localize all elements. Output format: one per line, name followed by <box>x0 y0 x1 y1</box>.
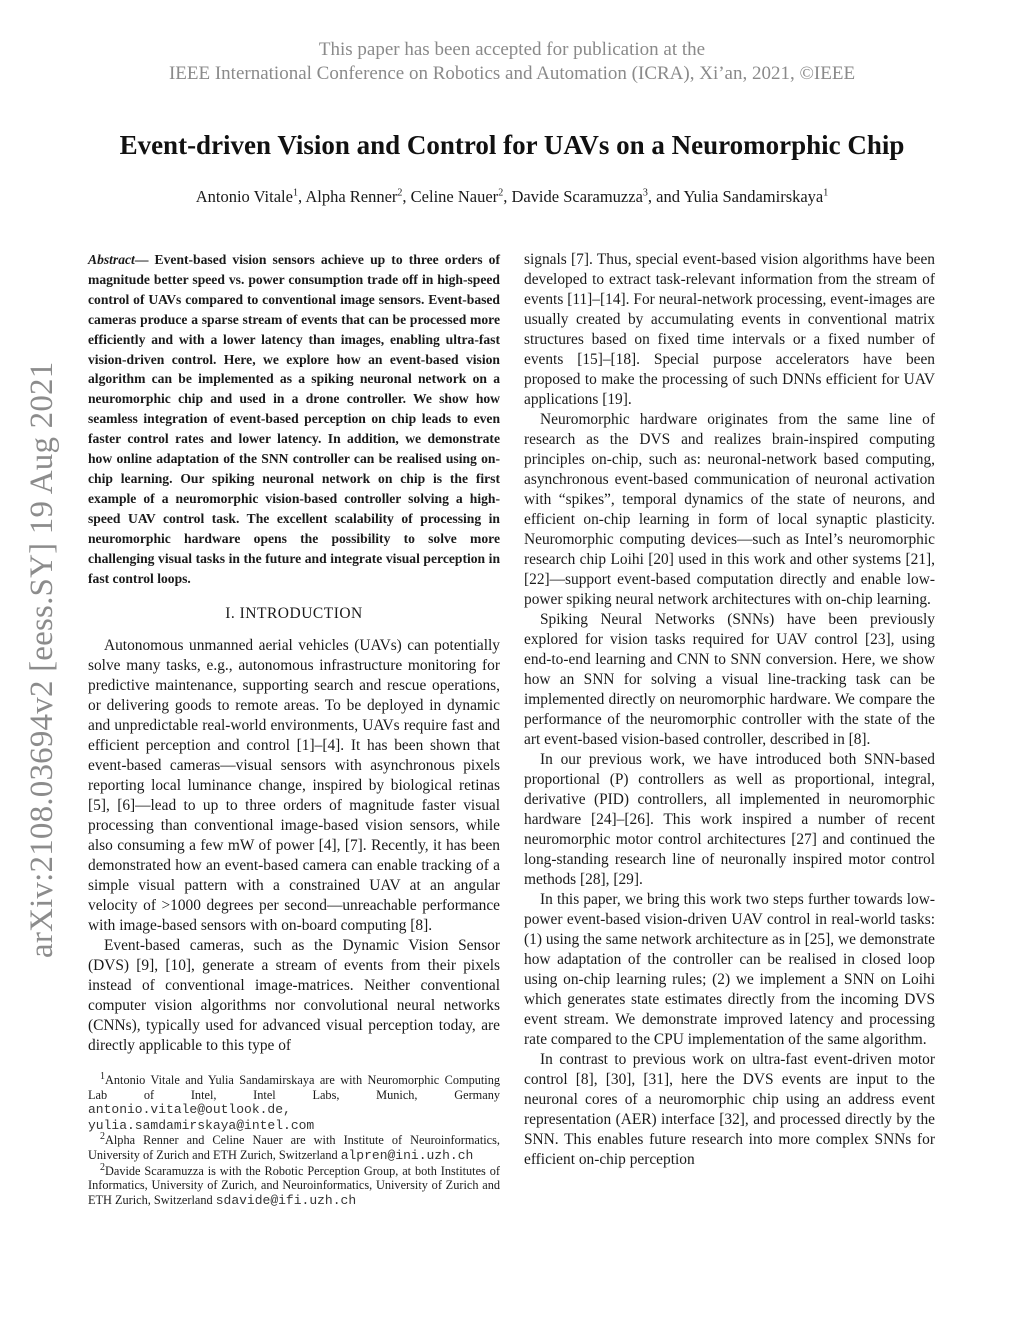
affiliation-footnotes: 1Antonio Vitale and Yulia Sandamirskaya … <box>88 1073 500 1208</box>
email-link[interactable]: alpren@ini.uzh.ch <box>341 1148 474 1163</box>
paper-title: Event-driven Vision and Control for UAVs… <box>0 128 1024 162</box>
footnote: 2Alpha Renner and Celine Nauer are with … <box>88 1133 500 1163</box>
author: Celine Nauer2, <box>411 187 512 206</box>
author: Alpha Renner2, <box>305 187 410 206</box>
footnote: 1Antonio Vitale and Yulia Sandamirskaya … <box>88 1073 500 1133</box>
author-list: Antonio Vitale1, Alpha Renner2, Celine N… <box>0 186 1024 208</box>
paragraph: Spiking Neural Networks (SNNs) have been… <box>524 610 935 750</box>
author: Yulia Sandamirskaya1 <box>684 187 829 206</box>
author: Antonio Vitale1, <box>196 187 306 206</box>
section-heading-introduction: I. INTRODUCTION <box>88 605 500 623</box>
right-column: signals [7]. Thus, special event-based v… <box>524 250 935 1170</box>
paragraph: In our previous work, we have introduced… <box>524 750 935 890</box>
publication-note-line2: IEEE International Conference on Robotic… <box>0 62 1024 86</box>
arxiv-identifier-stamp: arXiv:2108.03694v2 [eess.SY] 19 Aug 2021 <box>22 362 62 958</box>
abstract-text: Event-based vision sensors achieve up to… <box>88 252 500 586</box>
paragraph: Autonomous unmanned aerial vehicles (UAV… <box>88 636 500 936</box>
email-link[interactable]: antonio.vitale@outlook.de, yulia.samdami… <box>88 1102 314 1133</box>
left-column: Abstract— Event-based vision sensors ach… <box>88 250 500 1056</box>
paragraph: In contrast to previous work on ultra-fa… <box>524 1050 935 1170</box>
abstract-label: Abstract <box>88 252 135 267</box>
paragraph: Event-based cameras, such as the Dynamic… <box>88 936 500 1056</box>
paragraph: Neuromorphic hardware originates from th… <box>524 410 935 610</box>
publication-note: This paper has been accepted for publica… <box>0 38 1024 86</box>
paragraph: signals [7]. Thus, special event-based v… <box>524 250 935 410</box>
author: Davide Scaramuzza3, and <box>511 187 683 206</box>
paragraph: In this paper, we bring this work two st… <box>524 890 935 1050</box>
publication-note-line1: This paper has been accepted for publica… <box>0 38 1024 62</box>
email-link[interactable]: sdavide@ifi.uzh.ch <box>216 1193 356 1208</box>
abstract: Abstract— Event-based vision sensors ach… <box>88 250 500 588</box>
footnote: 2Davide Scaramuzza is with the Robotic P… <box>88 1164 500 1209</box>
